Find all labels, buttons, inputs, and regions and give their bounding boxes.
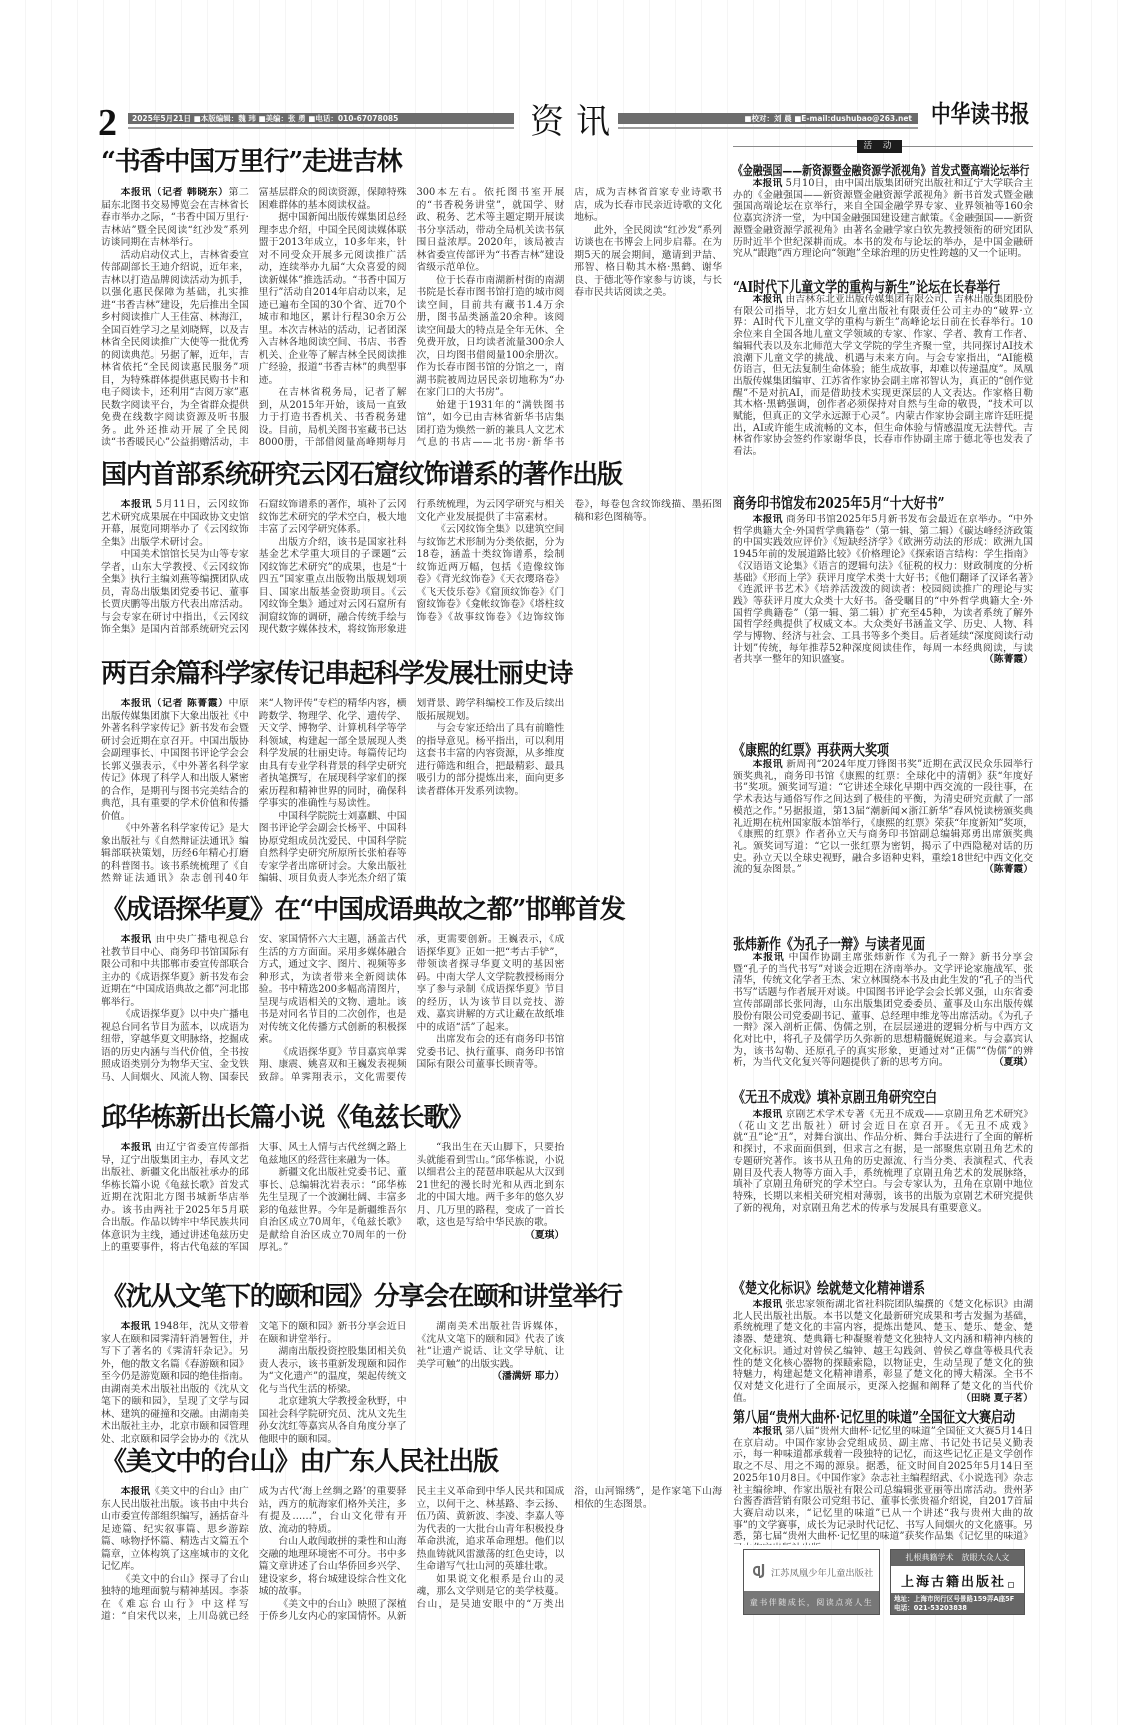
dateline: 本报讯 <box>753 1109 783 1120</box>
article-paragraph: 新疆文化出版社党委书记、董事长、总编辑沈岩表示：“邱华栋先生呈现了一个波澜壮阔、… <box>259 1167 407 1255</box>
article-headline: 《成语探华夏》在“中国成语典故之都”邯郸首发 <box>101 896 625 924</box>
article-headline: 《楚文化标识》绘就楚文化精神谱系 <box>733 1279 925 1297</box>
seal-icon <box>1008 1582 1014 1588</box>
article-paragraph: 此外，全民阅读“红沙发”系列访谈也在书博会上同步启幕。在为期5天的展会期间，邀请… <box>574 225 722 300</box>
article-paragraph: 北京建筑大学教授金秋野，中国社会科学院研究员、沈从文先生孙女沈红等嘉宾从各自角度… <box>259 1396 407 1446</box>
byline: （陈菁霞） <box>964 654 1033 666</box>
article-paragraph: 位于长春市南湖新村街的南湖书院是长春市图书馆打造的城市阅读空间，目前共有藏书1.… <box>417 275 565 400</box>
dateline: 本报讯（记者 陈菁霞） <box>121 698 229 709</box>
article-paragraph: 本报讯 京剧艺术学术专著《无丑不成戏——京剧丑角艺术研究》（花山文艺出版社）研讨… <box>733 1109 1033 1214</box>
article-paragraph: 本报讯 由中央广播电视总台社教节目中心、商务印书馆国际有限公司和中共邯郸市委宣传… <box>101 934 249 1009</box>
article-headline: 《沈从文笔下的颐和园》分享会在颐和讲堂举行 <box>101 1283 622 1311</box>
section-label: 活 动 <box>857 140 902 153</box>
article-paragraph: 本报讯 第八届“贵州大曲杯·记忆里的味道”全国征文大赛5月14日在京启动。中国作… <box>733 1426 1033 1545</box>
article-headline: 商务印书馆发布2025年5月“十大好书” <box>733 494 945 512</box>
article-body: 本报讯 第八届“贵州大曲杯·记忆里的味道”全国征文大赛5月14日在京启动。中国作… <box>733 1426 1033 1545</box>
header-rule-left <box>128 127 514 129</box>
header-meta-bar-left: 2025年5月21日 ■本版编辑：魏 玮 ■美编：张 勇 ■电话：010-670… <box>128 113 514 124</box>
dateline: 本报讯（记者 韩晓东） <box>121 187 229 198</box>
ad-contact: 地址：上海市闵行区号景路159弄A座5F 电话：021-53203838 <box>891 1593 1024 1614</box>
article-paragraph: 本报讯 5月10日，由中国出版集团研究出版社和辽宁大学联合主办的《金融强国——新… <box>733 178 1033 260</box>
article-headline: 国内首部系统研究云冈石窟纹饰谱系的著作出版 <box>101 461 622 489</box>
ad-address: 地址：上海市闵行区号景路159弄A座5F <box>894 1595 1021 1604</box>
article-body: 本报讯 5月11日，云冈纹饰艺术研究成果展在中国政协文史馆开幕，展览同期举办了《… <box>101 499 722 637</box>
article-paragraph: 本报讯 中国作协副主席张炜新作《为孔子一辩》新书分享会暨“孔子的当代书写”对谈会… <box>733 952 1033 1069</box>
article-paragraph: 本报讯 5月11日，云冈纹饰艺术研究成果展在中国政协文史馆开幕，展览同期举办了《… <box>101 499 249 549</box>
byline: （夏琪） <box>974 1057 1033 1069</box>
phoenix-logo-icon <box>752 1562 768 1582</box>
article-body: 本报讯 商务印书馆2025年5月新书发布会最近在京举办。“中外哲学典籍大全·外国… <box>733 514 1033 730</box>
dateline: 本报讯 <box>753 178 783 189</box>
article-body: 本报讯 张忠家领衔湖北省社科院团队编撰的《楚文化标识》由湖北人民出版社出版。本书… <box>733 1299 1033 1405</box>
byline: （田晓 夏子茗） <box>941 1393 1033 1405</box>
dateline: 本报讯 <box>121 1321 151 1332</box>
dateline: 本报讯 <box>753 294 783 305</box>
byline: （潘满妍 耶力） <box>473 1371 565 1384</box>
dateline: 本报讯 <box>753 1299 783 1310</box>
article-body: 本报讯（记者 陈菁霞）中原出版传媒集团旗下大象出版社《中外著名科学家传记》新书发… <box>101 698 722 886</box>
article-headline: 邱华栋新出长篇小说《龟兹长歌》 <box>101 1104 473 1132</box>
dateline: 本报讯 <box>121 934 152 945</box>
article-paragraph: 出席发布会的还有商务印书馆党委书记、执行董事、商务印书馆国际有限公司董事长顾青等… <box>417 1034 565 1072</box>
dateline: 本报讯 <box>753 759 783 770</box>
article-paragraph: 本报讯 新周刊“2024年度刀锋图书奖”近期在武汉民众乐园举行颁奖典礼，商务印书… <box>733 759 1033 876</box>
article-paragraph: 湖南出版投资控股集团相关负责人表示，该书重新发现颐和园作为“文化遗产”的温度，架… <box>259 1346 407 1396</box>
newspaper-logo: 中华读书报 <box>931 100 1029 128</box>
article-body: 本报讯 由中央广播电视总台社教节目中心、商务印书馆国际有限公司和中共邯郸市委宣传… <box>101 934 722 1084</box>
article-paragraph: 据中国新闻出版传媒集团总经理李忠介绍，中国全民阅读媒体联盟于2013年成立，10… <box>259 212 407 387</box>
article-paragraph: 本报讯 由吉林东北亚出版传媒集团有限公司、吉林出版集团股份有限公司指导，北方妇女… <box>733 294 1033 458</box>
article-headline: 《康熙的红票》再获两大奖项 <box>733 741 889 759</box>
ad-tagline: 扎根典籍学术 放眼大众人文 <box>891 1550 1024 1566</box>
dateline: 本报讯 <box>753 514 783 525</box>
ad-publisher-name: 江苏凤凰少年儿童出版社 <box>771 1565 873 1579</box>
article-body: 本报讯 新周刊“2024年度刀锋图书奖”近期在武汉民众乐园举行颁奖典礼，商务印书… <box>733 759 1033 935</box>
article-headline: 《无丑不成戏》填补京剧丑角研究空白 <box>733 1088 937 1106</box>
dateline: 本报讯 <box>121 1142 152 1153</box>
header-rule-right <box>618 127 918 129</box>
article-headline: 第八届“贵州大曲杯·记忆里的味道”全国征文大赛启动 <box>733 1408 1015 1426</box>
ad-slogan: 童书伴随成长，阅读点亮人生 <box>744 1591 879 1614</box>
article-paragraph: 本报讯 张忠家领衔湖北省社科院团队编撰的《楚文化标识》由湖北人民出版社出版。本书… <box>733 1299 1033 1404</box>
article-headline: 《美文中的台山》由广东人民社出版 <box>101 1448 498 1476</box>
article-body: 本报讯 由吉林东北亚出版传媒集团有限公司、吉林出版集团股份有限公司指导，北方妇女… <box>733 294 1033 489</box>
article-paragraph: 本报讯 商务印书馆2025年5月新书发布会最近在京举办。“中外哲学典籍大全·外国… <box>733 514 1033 666</box>
article-body: 本报讯（记者 韩晓东）第二届东北图书交易博览会在吉林省长春市举办之际，“书香中国… <box>101 187 722 450</box>
section-title: 资讯 <box>530 102 622 142</box>
dateline: 本报讯 <box>121 499 152 510</box>
dateline: 本报讯 <box>753 1426 782 1437</box>
article-body: 本报讯 中国作协副主席张炜新作《为孔子一辩》新书分享会暨“孔子的当代书写”对谈会… <box>733 952 1033 1082</box>
article-paragraph: 湖南美术出版社告诉媒体，《沈从文笔下的颐和园》代表了该社“让遗产说话、让文学导航… <box>417 1321 565 1371</box>
article-paragraph: 与会专家还给出了具有前瞻性的指导意见。杨平指出，可以利用这套书丰富的内容资源，从… <box>417 723 565 798</box>
article-paragraph: 本报讯（记者 韩晓东）第二届东北图书交易博览会在吉林省长春市举办之际，“书香中国… <box>101 187 249 250</box>
article-headline: 张炜新作《为孔子一辩》与读者见面 <box>733 935 925 953</box>
article-body: 本报讯 5月10日，由中国出版集团研究出版社和辽宁大学联合主办的《金融强国——新… <box>733 178 1033 273</box>
article-paragraph: 本报讯（记者 陈菁霞）中原出版传媒集团旗下大象出版社《中外著名科学家传记》新书发… <box>101 698 249 823</box>
article-headline: 两百余篇科学家传记串起科学发展壮丽史诗 <box>101 660 572 688</box>
ad-logo-row: 上海古籍出版社 <box>891 1566 1024 1595</box>
ad-phone: 电话：021-53203838 <box>894 1604 1021 1613</box>
ad-logo-row: 江苏凤凰少年儿童出版社 <box>744 1550 879 1593</box>
article-body: 本报讯 1948年，沈从文带着家人在颐和园霁清轩消暑暂住，并写下了著名的《霁清轩… <box>101 1321 722 1446</box>
header-meta-bar-right: ■校对：刘 晨 ■E-mail:dushubao@263.net <box>618 113 918 124</box>
ad-publisher-name: 上海古籍出版社 <box>901 1571 1006 1590</box>
byline: （陈菁霞） <box>964 864 1033 876</box>
advertisement-shanghai-guji: 扎根典籍学术 放眼大众人文 上海古籍出版社 地址：上海市闵行区号景路159弄A座… <box>890 1549 1025 1615</box>
dateline: 本报讯 <box>121 1486 151 1497</box>
page-number: 2 <box>98 104 117 142</box>
dateline: 本报讯 <box>753 952 785 963</box>
article-body: 本报讯 由辽宁省委宣传部指导，辽宁出版集团主办，春风文艺出版社、新疆文化出版社承… <box>101 1142 722 1267</box>
article-paragraph: “我出生在天山脚下，只要抬头就能看到雪山。”邱华栋说，小说以细君公主的琵琶串联起… <box>417 1142 565 1230</box>
article-paragraph: 本报讯《美文中的台山》由广东人民出版社出版。该书由中共台山市委宣传部组织编写，涵… <box>101 1486 249 1574</box>
article-body: 本报讯 京剧艺术学术专著《无丑不成戏——京剧丑角艺术研究》（花山文艺出版社）研讨… <box>733 1109 1033 1275</box>
article-body: 本报讯《美文中的台山》由广东人民出版社出版。该书由中共台山市委宣传部组织编写，涵… <box>101 1486 722 1624</box>
article-headline: “书香中国万里行”走进吉林 <box>101 148 401 176</box>
advertisement-jiangsu-phoenix: 江苏凤凰少年儿童出版社 童书伴随成长，阅读点亮人生 <box>743 1549 880 1615</box>
byline: （夏琪） <box>505 1230 564 1243</box>
article-paragraph: 台山人敢闯敢拼的秉性和山海交融的地理环境密不可分。书中多篇文章讲述了台山华侨回乡… <box>259 1536 407 1599</box>
